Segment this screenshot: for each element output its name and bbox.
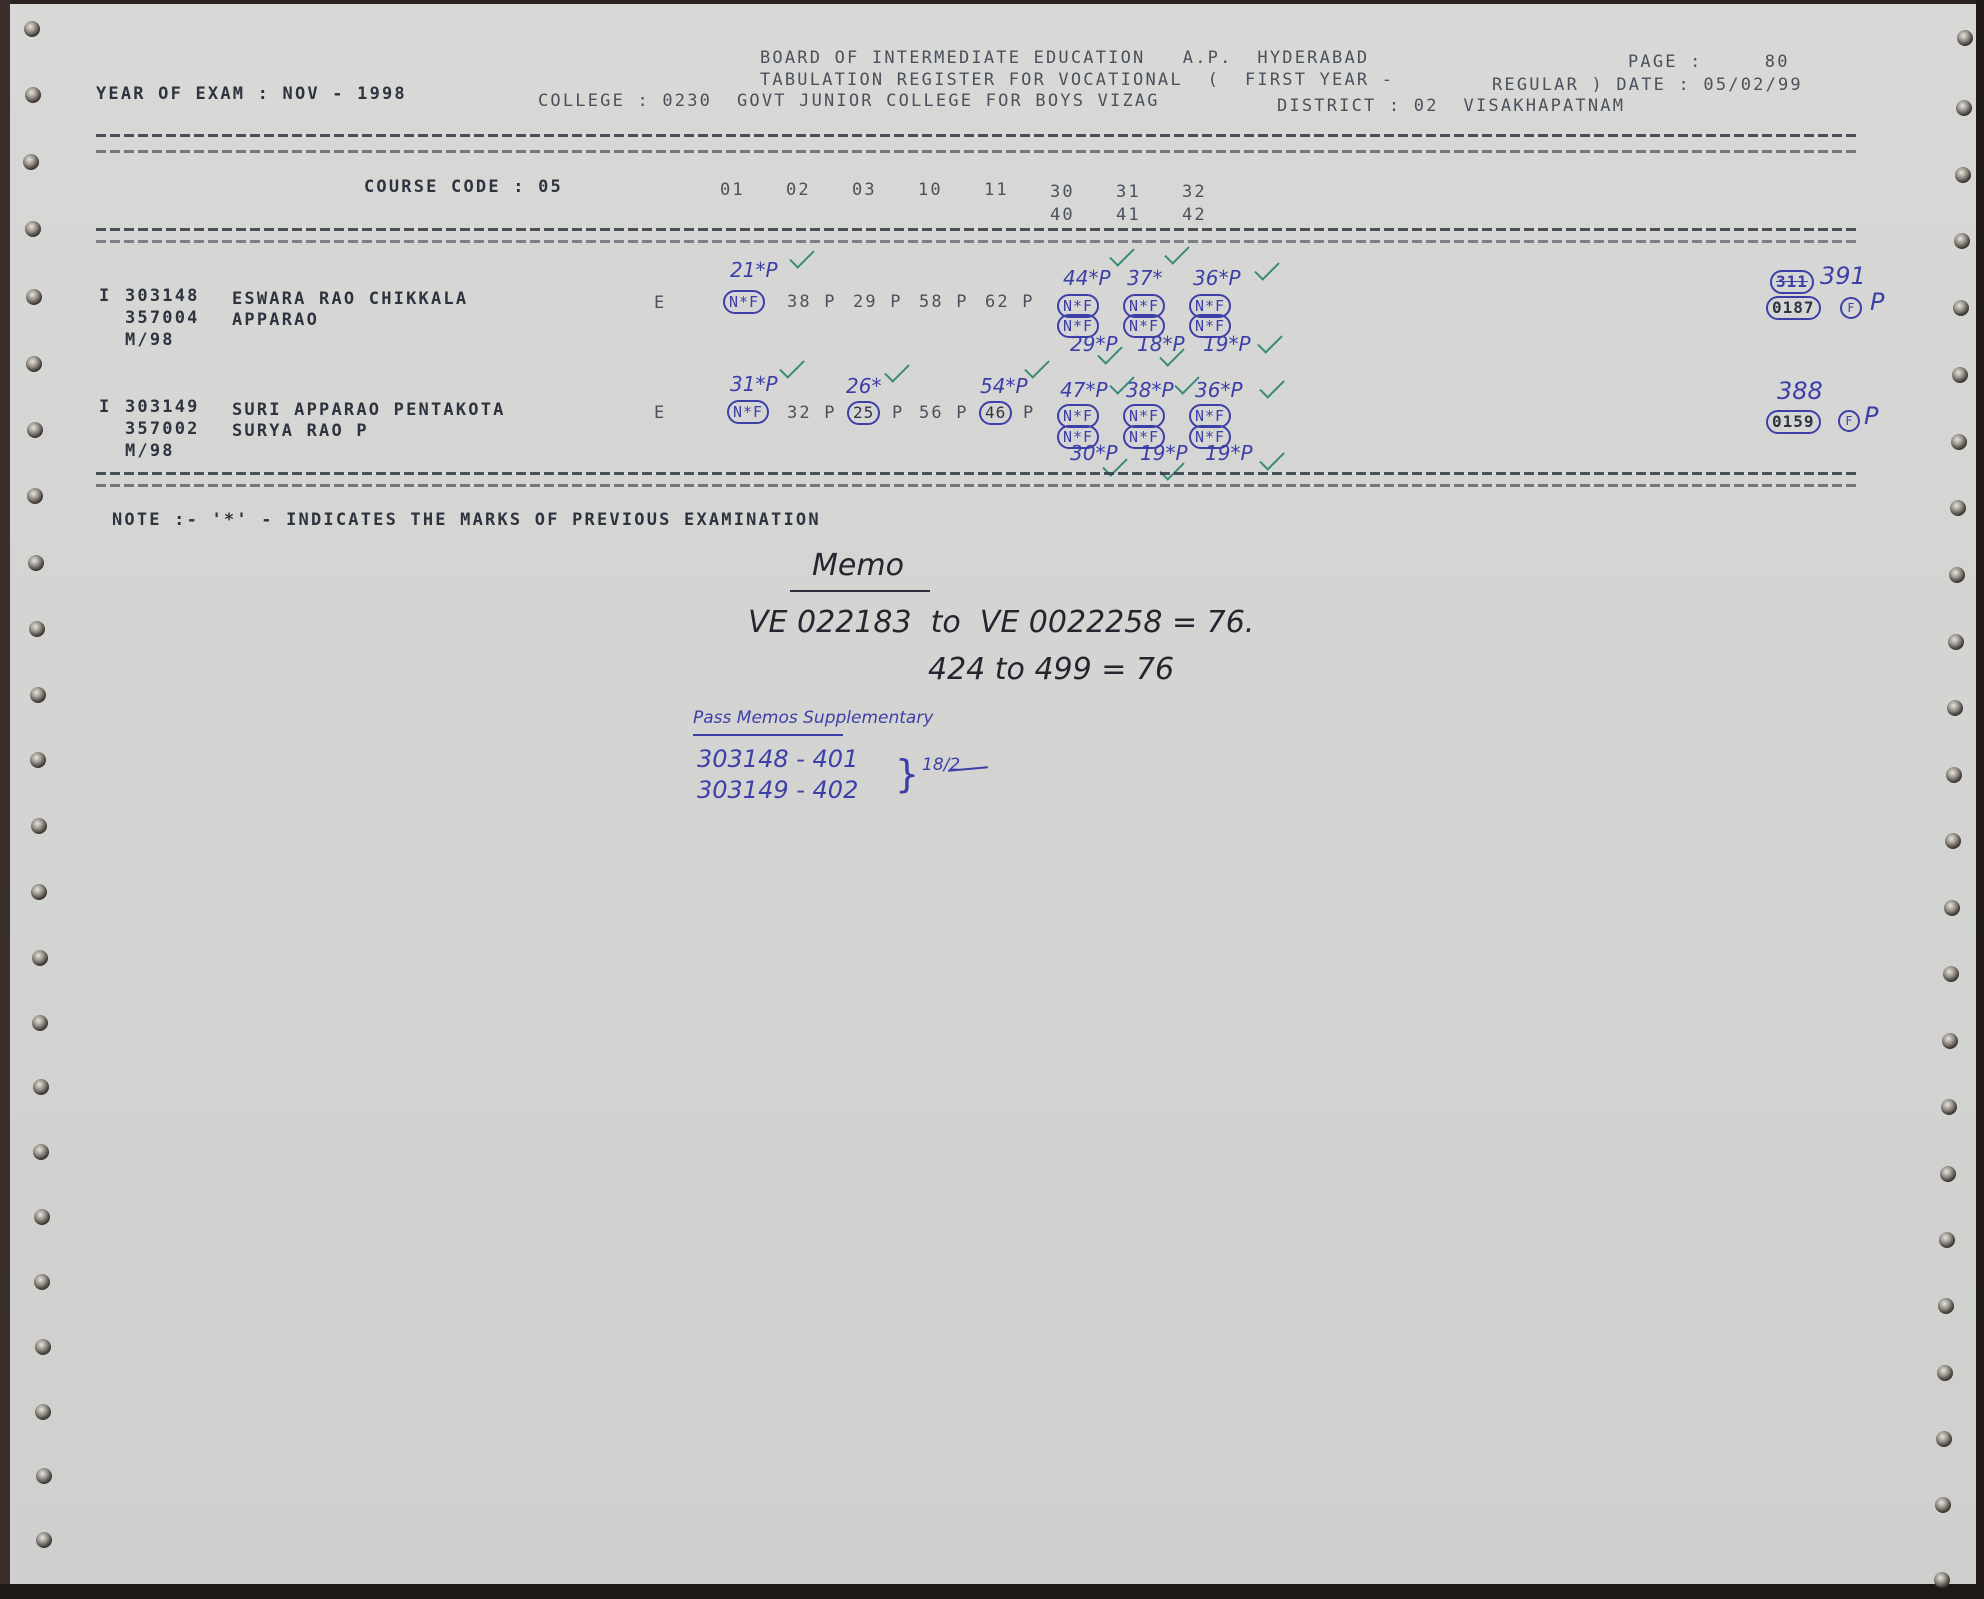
hw-mark-42: 19*P [1205, 441, 1253, 465]
father-name: SURYA RAO P [232, 421, 369, 441]
result-code: 0159 [1766, 410, 1821, 434]
memo-bracket-note: 18/2 [922, 755, 960, 775]
secondary-code: 357002 [125, 419, 200, 439]
punch-hole-icon [30, 752, 46, 768]
punch-hole-icon [1946, 767, 1962, 783]
punch-hole-icon [34, 1274, 50, 1290]
punch-hole-icon [26, 289, 42, 305]
medium: E [654, 293, 666, 313]
punch-hole-icon [28, 555, 44, 571]
col-header-10: 10 [918, 180, 943, 200]
punch-hole-icon [1950, 500, 1966, 516]
punch-hole-icon [1941, 1099, 1957, 1115]
punch-hole-icon [1949, 567, 1965, 583]
mark-02: 38 P [787, 292, 837, 312]
year-of-exam: YEAR OF EXAM : NOV - 1998 [96, 84, 407, 104]
records-separator-2 [96, 484, 1856, 487]
col-header-30: 30 [1050, 182, 1075, 202]
col-header-31: 31 [1116, 182, 1141, 202]
punch-hole-icon [1957, 30, 1973, 46]
hw-mark-01: 31*P [730, 372, 778, 396]
punch-hole-icon [25, 221, 41, 237]
result-written-p: P [1870, 288, 1884, 316]
header-separator-2 [96, 150, 1856, 153]
result-circled-f: F [1838, 410, 1860, 432]
scan-border-bottom [0, 1584, 1984, 1599]
col-header-32: 32 [1182, 182, 1207, 202]
punch-hole-icon [29, 621, 45, 637]
punch-hole-icon [1953, 300, 1969, 316]
hw-mark-30: 44*P [1063, 266, 1111, 290]
hw-mark-03: 26* [846, 374, 881, 398]
punch-hole-icon [32, 1015, 48, 1031]
memo-heading-underline [790, 590, 930, 592]
punch-hole-icon [26, 356, 42, 372]
punch-hole-icon [1956, 100, 1972, 116]
pass-memos-heading: Pass Memos Supplementary [693, 708, 933, 728]
mark-circled-nf: N*F [723, 290, 765, 314]
hw-mark-11: 54*P [980, 374, 1028, 398]
hw-mark-42: 19*P [1203, 332, 1251, 356]
punch-hole-icon [1944, 900, 1960, 916]
punch-hole-icon [32, 950, 48, 966]
punch-hole-icon [1947, 700, 1963, 716]
register-title: TABULATION REGISTER FOR VOCATIONAL ( FIR… [760, 70, 1394, 90]
punch-hole-icon [1934, 1572, 1950, 1588]
total-written: 388 [1777, 377, 1823, 405]
punch-hole-icon [1940, 1166, 1956, 1182]
row-prefix: I [99, 286, 111, 306]
punch-hole-icon [34, 1209, 50, 1225]
memo-heading: Memo [812, 548, 904, 583]
hw-mark-32: 36*P [1195, 378, 1243, 402]
punch-hole-icon [35, 1404, 51, 1420]
memo-count-range: 424 to 499 = 76 [928, 652, 1174, 687]
hw-mark-30: 47*P [1060, 378, 1108, 402]
punch-hole-icon [31, 884, 47, 900]
punch-hole-icon [36, 1468, 52, 1484]
board-title: BOARD OF INTERMEDIATE EDUCATION A.P. HYD… [760, 48, 1369, 68]
records-separator [96, 472, 1856, 475]
punch-hole-icon [36, 1532, 52, 1548]
punch-hole-icon [27, 488, 43, 504]
column-header-separator-2 [96, 240, 1856, 243]
hw-mark-32: 36*P [1193, 266, 1241, 290]
secondary-code: 357004 [125, 308, 200, 328]
mark-03-result: P [892, 403, 904, 423]
col-header-40: 40 [1050, 205, 1075, 225]
mark-10: 56 P [919, 403, 969, 423]
father-name: APPARAO [232, 310, 319, 330]
student-name: SURI APPARAO PENTAKOTA [232, 400, 506, 420]
row-prefix: I [99, 397, 111, 417]
col-header-11: 11 [984, 180, 1009, 200]
result-code: 0187 [1766, 296, 1821, 320]
college-name-line: COLLEGE : 0230 GOVT JUNIOR COLLEGE FOR B… [538, 91, 1160, 111]
punch-hole-icon [1942, 1033, 1958, 1049]
mark-11: 62 P [985, 292, 1035, 312]
punch-hole-icon [33, 1144, 49, 1160]
punch-hole-icon [1952, 367, 1968, 383]
footnote: NOTE :- '*' - INDICATES THE MARKS OF PRE… [112, 510, 821, 530]
session: M/98 [125, 330, 175, 350]
punch-hole-icon [1937, 1365, 1953, 1381]
page-number: PAGE : 80 [1628, 52, 1790, 72]
course-code: COURSE CODE : 05 [364, 177, 563, 197]
scan-border-left [0, 0, 10, 1599]
punch-hole-icon [1948, 634, 1964, 650]
punch-hole-icon [1954, 233, 1970, 249]
mark-03-circled: 25 [847, 401, 880, 425]
total-struck: 311 [1770, 270, 1814, 294]
hw-mark-31: 38*P [1126, 378, 1174, 402]
session: M/98 [125, 441, 175, 461]
result-written-p: P [1864, 402, 1878, 430]
result-circled-f: F [1840, 297, 1862, 319]
hall-ticket-number: 303149 [125, 397, 200, 417]
mark-circled-nf: N*F [727, 400, 769, 424]
mark-10: 58 P [919, 292, 969, 312]
punch-hole-icon [25, 87, 41, 103]
punch-hole-icon [1936, 1431, 1952, 1447]
punch-hole-icon [1955, 167, 1971, 183]
regular-date: REGULAR ) DATE : 05/02/99 [1492, 75, 1803, 95]
punch-hole-icon [33, 1079, 49, 1095]
total-written: 391 [1820, 262, 1866, 290]
district-line: DISTRICT : 02 VISAKHAPATNAM [1277, 96, 1625, 116]
col-header-02: 02 [786, 180, 811, 200]
header-separator [96, 134, 1856, 137]
punch-hole-icon [35, 1339, 51, 1355]
hw-mark-01: 21*P [730, 258, 778, 282]
col-header-42: 42 [1182, 205, 1207, 225]
punch-hole-icon [1943, 966, 1959, 982]
pass-memos-underline [693, 734, 843, 736]
mark-11-result: P [1023, 403, 1035, 423]
mark-03: 29 P [853, 292, 903, 312]
memo-serial-range: VE 022183 to VE 0022258 = 76. [748, 605, 1254, 640]
punch-hole-icon [1939, 1232, 1955, 1248]
col-header-03: 03 [852, 180, 877, 200]
punch-hole-icon [24, 21, 40, 37]
punch-hole-icon [30, 687, 46, 703]
mark-11-circled: 46 [979, 401, 1012, 425]
memo-row-303149: 303149 - 402 [697, 776, 858, 804]
punch-hole-icon [27, 422, 43, 438]
punch-hole-icon [1951, 434, 1967, 450]
hall-ticket-number: 303148 [125, 286, 200, 306]
student-name: ESWARA RAO CHIKKALA [232, 289, 468, 309]
col-header-01: 01 [720, 180, 745, 200]
punch-hole-icon [23, 154, 39, 170]
punch-hole-icon [1938, 1298, 1954, 1314]
memo-row-303148: 303148 - 401 [697, 745, 858, 773]
column-header-separator [96, 228, 1856, 231]
medium: E [654, 403, 666, 423]
mark-02: 32 P [787, 403, 837, 423]
punch-hole-icon [1935, 1497, 1951, 1513]
punch-hole-icon [31, 818, 47, 834]
punch-hole-icon [1945, 833, 1961, 849]
memo-bracket-icon: } [895, 752, 919, 796]
hw-mark-31: 37* [1127, 266, 1162, 290]
col-header-41: 41 [1116, 205, 1141, 225]
scan-border-right [1976, 0, 1984, 1599]
